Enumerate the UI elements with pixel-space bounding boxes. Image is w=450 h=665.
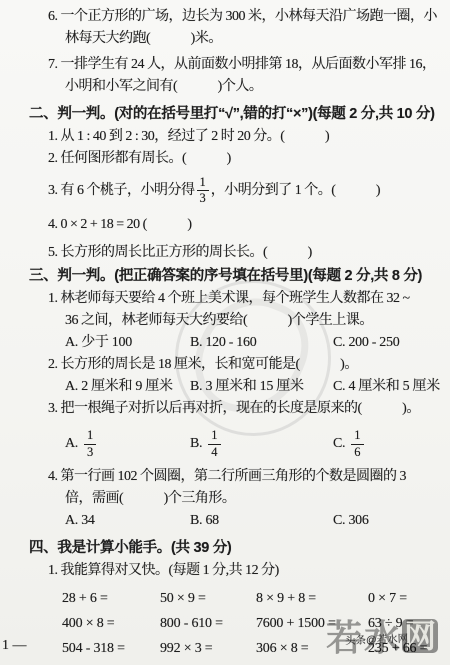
- worksheet-content: 6. 一个正方形的广场，边长为 300 米，小林每天沿广场跑一圈，小 林每天大约…: [0, 0, 450, 660]
- fraction-numerator: 1: [208, 429, 220, 443]
- mc-question-1-options: A. 少于 100 B. 120 - 160 C. 200 - 250: [65, 332, 450, 354]
- calc-expression: 8 × 9 + 8 =: [256, 588, 368, 610]
- calc-expression: 28 + 6 =: [62, 588, 160, 610]
- fraction-numerator: 1: [197, 176, 209, 190]
- fraction-numerator: 1: [84, 429, 96, 443]
- worksheet-page: 6. 一个正方形的广场，边长为 300 米，小林每天沿广场跑一圈，小 林每天大约…: [0, 0, 450, 665]
- judge-item-5: 5. 长方形的周长比正方形的周长长。( ): [48, 242, 450, 264]
- section-2-title: 二、判一判。(对的在括号里打“√”,错的打“×”)(每题 2 分,共 10 分): [29, 102, 450, 126]
- fraction-numerator: 1: [351, 429, 363, 443]
- calc-expression: 400 × 8 =: [62, 613, 160, 635]
- judge-item-2: 2. 任何图形都有周长。( ): [48, 148, 450, 170]
- calc-sub-title: 1. 我能算得对又快。(每题 1 分,共 12 分): [48, 560, 450, 582]
- calc-expression: 0 × 7 =: [368, 588, 450, 610]
- option-b: B. 3 厘米和 15 厘米: [190, 376, 333, 398]
- judge-item-3-post: ，小明分到了 1 个。( ): [211, 183, 380, 198]
- fraction-denominator: 4: [208, 444, 220, 459]
- option-a-label: A.: [65, 436, 78, 452]
- calc-expression: 50 × 9 =: [160, 588, 256, 610]
- option-b: B. 120 - 160: [190, 332, 333, 354]
- option-c: C. 306: [333, 510, 450, 532]
- fraction-denominator: 3: [197, 190, 209, 205]
- option-b: B.14: [190, 422, 333, 466]
- mc-question-3: 3. 把一根绳子对折以后再对折，现在的长度是原来的( )。: [48, 398, 450, 420]
- mc-question-2-options: A. 2 厘米和 9 厘米 B. 3 厘米和 15 厘米 C. 4 厘米和 5 …: [65, 376, 450, 398]
- fraction-one-third: 13: [84, 429, 96, 458]
- fraction-one-sixth: 16: [351, 429, 363, 458]
- section-4-title: 四、我是计算小能手。(共 39 分): [29, 536, 450, 560]
- option-c: C.16: [333, 422, 450, 466]
- mc-question-2: 2. 长方形的周长是 18 厘米，长和宽可能是( )。: [48, 354, 450, 376]
- question-7-line-2: 小明和小军之间有( )个人。: [65, 76, 450, 98]
- page-number: 1 —: [2, 638, 27, 654]
- option-c: C. 4 厘米和 5 厘米: [333, 376, 450, 398]
- question-6-line-2: 林每天大约跑( )米。: [65, 28, 450, 50]
- calc-expression: 800 - 610 =: [160, 613, 256, 635]
- option-a: A. 少于 100: [65, 332, 190, 354]
- section-3-title: 三、判一判。(把正确答案的序号填在括号里)(每题 2 分,共 8 分): [29, 264, 450, 288]
- fraction-one-fourth: 14: [208, 429, 220, 458]
- judge-item-1: 1. 从 1 : 40 到 2 : 30，经过了 2 时 20 分。( ): [48, 126, 450, 148]
- calc-expression: 992 × 3 =: [160, 638, 256, 660]
- option-a: A.13: [65, 422, 190, 466]
- mc-question-4-line-2: 倍，需画( )个三角形。: [65, 488, 450, 510]
- judge-item-3-pre: 3. 有 6 个桃子，小明分得: [48, 183, 195, 198]
- option-a: A. 2 厘米和 9 厘米: [65, 376, 190, 398]
- mc-question-4-options: A. 34 B. 68 C. 306: [65, 510, 450, 532]
- option-a: A. 34: [65, 510, 190, 532]
- fraction-one-third: 13: [197, 176, 209, 205]
- option-b: B. 68: [190, 510, 333, 532]
- mc-question-4-line-1: 4. 第一行画 102 个圆圈，第二行所画三角形的个数是圆圈的 3: [48, 466, 450, 488]
- judge-item-3: 3. 有 6 个桃子，小明分得13，小明分到了 1 个。( ): [48, 172, 450, 210]
- watermark-byline: 头条@若水网: [345, 631, 409, 648]
- option-c: C. 200 - 250: [333, 332, 450, 354]
- question-7-line-1: 7. 一排学生有 24 人，从前面数小明排第 18，从后面数小军排 16，: [48, 54, 450, 76]
- mc-question-3-options: A.13 B.14 C.16: [65, 422, 450, 466]
- fraction-denominator: 3: [84, 444, 96, 459]
- option-c-label: C.: [333, 436, 345, 452]
- question-6-line-1: 6. 一个正方形的广场，边长为 300 米，小林每天沿广场跑一圈，小: [48, 6, 450, 28]
- calc-expression: 504 - 318 =: [62, 638, 160, 660]
- option-b-label: B.: [190, 436, 202, 452]
- fraction-denominator: 6: [351, 444, 363, 459]
- mc-question-1-line-2: 36 之间，林老师每天大约要给( )个学生上课。: [65, 310, 450, 332]
- judge-item-4: 4. 0 × 2 + 18 = 20 ( ): [48, 214, 450, 236]
- mc-question-1-line-1: 1. 林老师每天要给 4 个班上美术课，每个班学生人数都在 32 ~: [48, 288, 450, 310]
